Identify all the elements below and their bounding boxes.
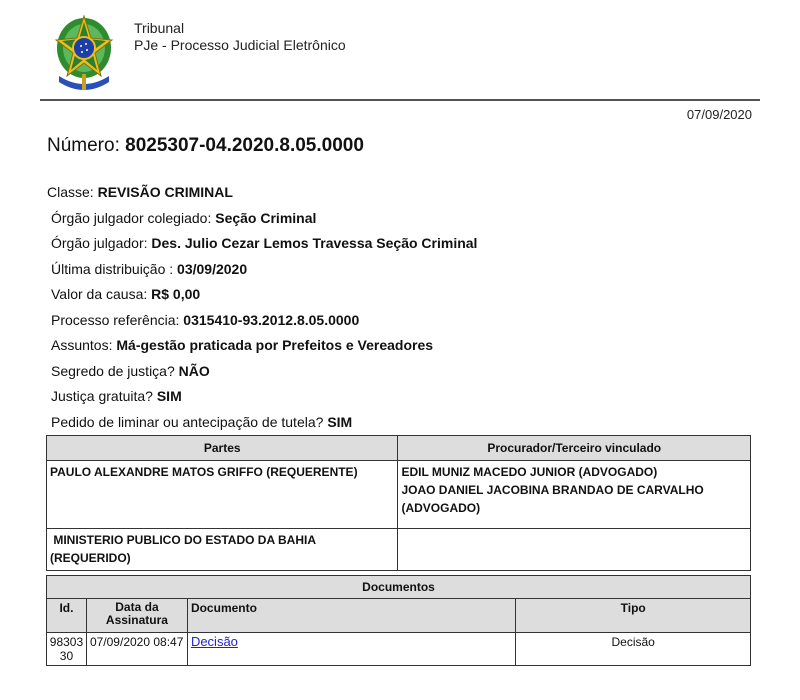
field-orgao-colegiado: Órgão julgador colegiado: Seção Criminal [47, 206, 477, 232]
field-label: Valor da causa: [51, 286, 151, 302]
field-label: Órgão julgador colegiado: [51, 210, 215, 226]
field-value: Des. Julio Cezar Lemos Travessa Seção Cr… [151, 235, 477, 251]
field-valor-causa: Valor da causa: R$ 0,00 [47, 282, 477, 308]
document-id: 9830330 [47, 633, 87, 666]
document-cell: Decisão [187, 633, 515, 666]
procurador-header: Procurador/Terceiro vinculado [398, 436, 751, 461]
field-ultima-distribuicao: Última distribuição : 03/09/2020 [47, 257, 477, 283]
field-label: Pedido de liminar ou antecipação de tute… [51, 414, 327, 430]
field-label: Classe: [47, 184, 98, 200]
field-label: Última distribuição : [51, 261, 177, 277]
partes-header-row: Partes Procurador/Terceiro vinculado [47, 436, 751, 461]
system-name: PJe - Processo Judicial Eletrônico [134, 37, 346, 54]
procurador-cell [398, 529, 751, 571]
field-classe: Classe: REVISÃO CRIMINAL [47, 180, 477, 206]
procurador-name: EDIL MUNIZ MACEDO JUNIOR (ADVOGADO) [401, 463, 747, 481]
table-row: 9830330 07/09/2020 08:47 Decisão Decisão [47, 633, 751, 666]
field-value: 03/09/2020 [177, 261, 247, 277]
field-value: SIM [327, 414, 352, 430]
field-value: SIM [157, 388, 182, 404]
field-justica-gratuita: Justiça gratuita? SIM [47, 384, 477, 410]
field-assuntos: Assuntos: Má-gestão praticada por Prefei… [47, 333, 477, 359]
documentos-title-row: Documentos [47, 576, 751, 599]
document-date: 07/09/2020 [687, 107, 752, 122]
document-type: Decisão [516, 633, 751, 666]
parte-cell: MINISTERIO PUBLICO DO ESTADO DA BAHIA (R… [47, 529, 398, 571]
field-label: Processo referência: [51, 312, 183, 328]
partes-table: Partes Procurador/Terceiro vinculado PAU… [46, 435, 751, 571]
header-divider [40, 99, 760, 101]
document-date: 07/09/2020 08:47 [86, 633, 187, 666]
process-number: Número: 8025307-04.2020.8.05.0000 [47, 135, 364, 157]
field-label: Justiça gratuita? [51, 388, 157, 404]
process-fields: Classe: REVISÃO CRIMINAL Órgão julgador … [47, 180, 477, 435]
documento-header: Documento [187, 599, 515, 633]
court-header-text: Tribunal PJe - Processo Judicial Eletrôn… [134, 20, 346, 54]
field-value: NÃO [179, 363, 210, 379]
table-row: PAULO ALEXANDRE MATOS GRIFFO (REQUERENTE… [47, 461, 751, 529]
page-header: Tribunal PJe - Processo Judicial Eletrôn… [0, 0, 800, 100]
documentos-table: Documentos Id. Data da Assinatura Docume… [46, 575, 751, 666]
field-value: Seção Criminal [215, 210, 316, 226]
field-value: R$ 0,00 [151, 286, 200, 302]
document-link[interactable]: Decisão [191, 634, 238, 649]
procurador-name: JOAO DANIEL JACOBINA BRANDAO DE CARVALHO… [401, 481, 747, 517]
table-row: MINISTERIO PUBLICO DO ESTADO DA BAHIA (R… [47, 529, 751, 571]
data-assinatura-header: Data da Assinatura [86, 599, 187, 633]
partes-header: Partes [47, 436, 398, 461]
field-segredo-justica: Segredo de justiça? NÃO [47, 359, 477, 385]
court-name: Tribunal [134, 20, 346, 37]
field-orgao-julgador: Órgão julgador: Des. Julio Cezar Lemos T… [47, 231, 477, 257]
field-value: 0315410-93.2012.8.05.0000 [183, 312, 359, 328]
parte-cell: PAULO ALEXANDRE MATOS GRIFFO (REQUERENTE… [47, 461, 398, 529]
documentos-title: Documentos [47, 576, 751, 599]
brazil-coat-of-arms-icon [55, 10, 113, 96]
field-label: Segredo de justiça? [51, 363, 179, 379]
id-header: Id. [47, 599, 87, 633]
process-number-value: 8025307-04.2020.8.05.0000 [125, 135, 364, 156]
field-pedido-liminar: Pedido de liminar ou antecipação de tute… [47, 410, 477, 436]
field-label: Assuntos: [51, 337, 116, 353]
field-label: Órgão julgador: [51, 235, 151, 251]
process-number-label: Número: [47, 135, 125, 156]
field-processo-referencia: Processo referência: 0315410-93.2012.8.0… [47, 308, 477, 334]
field-value: REVISÃO CRIMINAL [98, 184, 233, 200]
tipo-header: Tipo [516, 599, 751, 633]
procurador-cell: EDIL MUNIZ MACEDO JUNIOR (ADVOGADO) JOAO… [398, 461, 751, 529]
documentos-header-row: Id. Data da Assinatura Documento Tipo [47, 599, 751, 633]
field-value: Má-gestão praticada por Prefeitos e Vere… [116, 337, 433, 353]
